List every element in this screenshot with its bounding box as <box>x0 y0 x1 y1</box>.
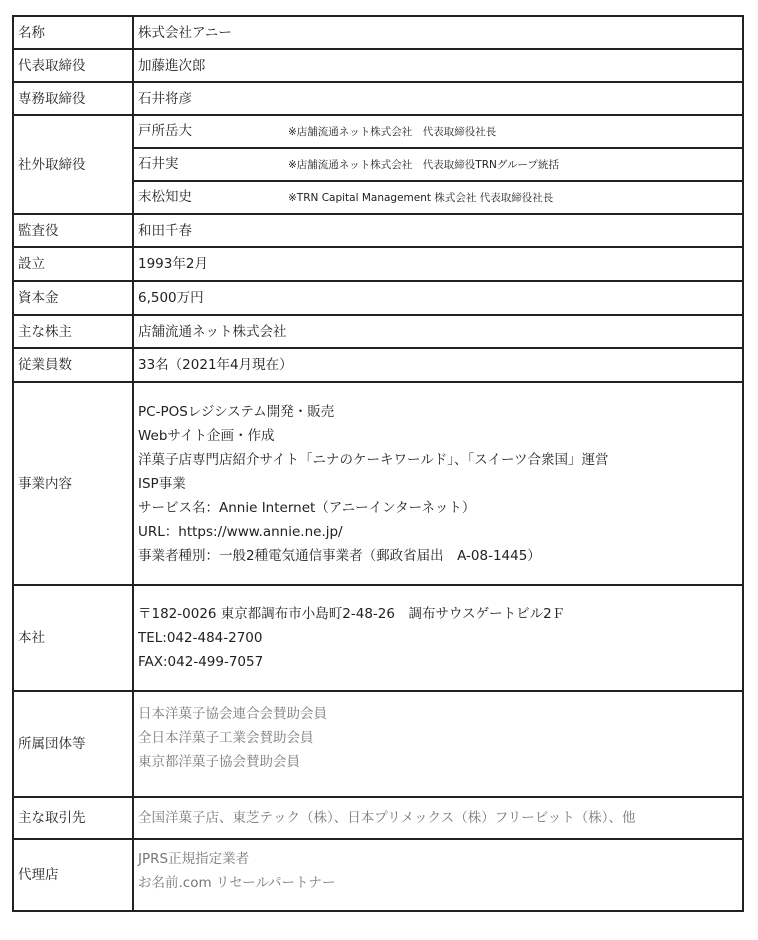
value-agency: JPRS正規指定業者 お名前.com リセールパートナー <box>133 839 743 911</box>
row-shareholder: 主な株主 店舗流通ネット株式会社 <box>13 315 743 348</box>
label-agency: 代理店 <box>13 839 133 911</box>
business-line: サービス名：Annie Internet（アニーインターネット） <box>138 496 742 520</box>
director-note: ※店舗流通ネット株式会社 代表取締役社長 <box>288 126 496 138</box>
label-shareholder: 主な株主 <box>13 315 133 348</box>
director-name: 石井実 <box>138 152 288 176</box>
business-url-line: URL：https://www.annie.ne.jp/ <box>138 520 742 544</box>
label-senior-director: 専務取締役 <box>13 82 133 115</box>
business-line: PC-POSレジシステム開発・販売 <box>138 400 742 424</box>
label-affiliations: 所属団体等 <box>13 691 133 797</box>
label-clients: 主な取引先 <box>13 797 133 839</box>
outside-director-3: 末松知史※TRN Capital Management 株式会社 代表取締役社長 <box>133 181 743 214</box>
affiliation-line: 東京都洋菓子協会賛助会員 <box>138 750 742 774</box>
row-capital: 資本金 6,500万円 <box>13 281 743 315</box>
value-senior-director: 石井将彦 <box>133 82 743 115</box>
label-capital: 資本金 <box>13 281 133 315</box>
value-ceo: 加藤進次郎 <box>133 49 743 82</box>
label-outside-directors: 社外取締役 <box>13 115 133 214</box>
fax-line: FAX:042-499-7057 <box>138 650 742 674</box>
value-headquarters: 〒182-0026 東京都調布市小島町2-48-26 調布サウスゲートビル2Ｆ … <box>133 585 743 691</box>
row-auditor: 監査役 和田千春 <box>13 214 743 247</box>
affiliation-line: 全日本洋菓子工業会賛助会員 <box>138 726 742 750</box>
business-line: ISP事業 <box>138 472 742 496</box>
label-name: 名称 <box>13 16 133 49</box>
label-employees: 従業員数 <box>13 348 133 382</box>
value-company-name: 株式会社アニー <box>133 16 743 49</box>
row-name: 名称 株式会社アニー <box>13 16 743 49</box>
director-name: 戸所岳大 <box>138 119 288 143</box>
value-affiliations: 日本洋菓子協会連合会賛助会員 全日本洋菓子工業会賛助会員 東京都洋菓子協会賛助会… <box>133 691 743 797</box>
business-line: 洋菓子店専門店紹介サイト「ニナのケーキワールド」、「スイーツ合衆国」運営 <box>138 448 742 472</box>
address-line: 〒182-0026 東京都調布市小島町2-48-26 調布サウスゲートビル2Ｆ <box>138 602 742 626</box>
value-capital: 6,500万円 <box>133 281 743 315</box>
label-headquarters: 本社 <box>13 585 133 691</box>
row-business: 事業内容 PC-POSレジシステム開発・販売 Webサイト企画・作成 洋菓子店専… <box>13 382 743 585</box>
row-employees: 従業員数 33名（2021年4月現在） <box>13 348 743 382</box>
affiliation-line: 日本洋菓子協会連合会賛助会員 <box>138 702 742 726</box>
value-auditor: 和田千春 <box>133 214 743 247</box>
director-note: ※TRN Capital Management 株式会社 代表取締役社長 <box>288 192 553 204</box>
tel-line: TEL:042-484-2700 <box>138 626 742 650</box>
label-ceo: 代表取締役 <box>13 49 133 82</box>
company-profile-table: 名称 株式会社アニー 代表取締役 加藤進次郎 専務取締役 石井将彦 社外取締役 … <box>12 15 744 912</box>
value-business: PC-POSレジシステム開発・販売 Webサイト企画・作成 洋菓子店専門店紹介サ… <box>133 382 743 585</box>
agency-line: お名前.com リセールパートナー <box>138 871 742 895</box>
label-auditor: 監査役 <box>13 214 133 247</box>
value-established: 1993年2月 <box>133 247 743 281</box>
row-agency: 代理店 JPRS正規指定業者 お名前.com リセールパートナー <box>13 839 743 911</box>
business-line: 事業者種別：一般2種電気通信事業者（郵政省届出 A-08-1445） <box>138 544 742 568</box>
row-senior-director: 専務取締役 石井将彦 <box>13 82 743 115</box>
label-business: 事業内容 <box>13 382 133 585</box>
row-headquarters: 本社 〒182-0026 東京都調布市小島町2-48-26 調布サウスゲートビル… <box>13 585 743 691</box>
value-clients: 全国洋菓子店、東芝テック（株）、日本プリメックス（株）フリービット（株）、他 <box>133 797 743 839</box>
director-note: ※店舗流通ネット株式会社 代表取締役TRNグループ統括 <box>288 159 559 171</box>
director-name: 末松知史 <box>138 185 288 209</box>
row-established: 設立 1993年2月 <box>13 247 743 281</box>
row-ceo: 代表取締役 加藤進次郎 <box>13 49 743 82</box>
outside-director-1: 戸所岳大※店舗流通ネット株式会社 代表取締役社長 <box>133 115 743 148</box>
label-established: 設立 <box>13 247 133 281</box>
business-line: Webサイト企画・作成 <box>138 424 742 448</box>
outside-director-2: 石井実※店舗流通ネット株式会社 代表取締役TRNグループ統括 <box>133 148 743 181</box>
row-clients: 主な取引先 全国洋菓子店、東芝テック（株）、日本プリメックス（株）フリービット（… <box>13 797 743 839</box>
row-outside-director-1: 社外取締役 戸所岳大※店舗流通ネット株式会社 代表取締役社長 <box>13 115 743 148</box>
value-employees: 33名（2021年4月現在） <box>133 348 743 382</box>
row-affiliations: 所属団体等 日本洋菓子協会連合会賛助会員 全日本洋菓子工業会賛助会員 東京都洋菓… <box>13 691 743 797</box>
value-shareholder: 店舗流通ネット株式会社 <box>133 315 743 348</box>
agency-line: JPRS正規指定業者 <box>138 847 742 871</box>
